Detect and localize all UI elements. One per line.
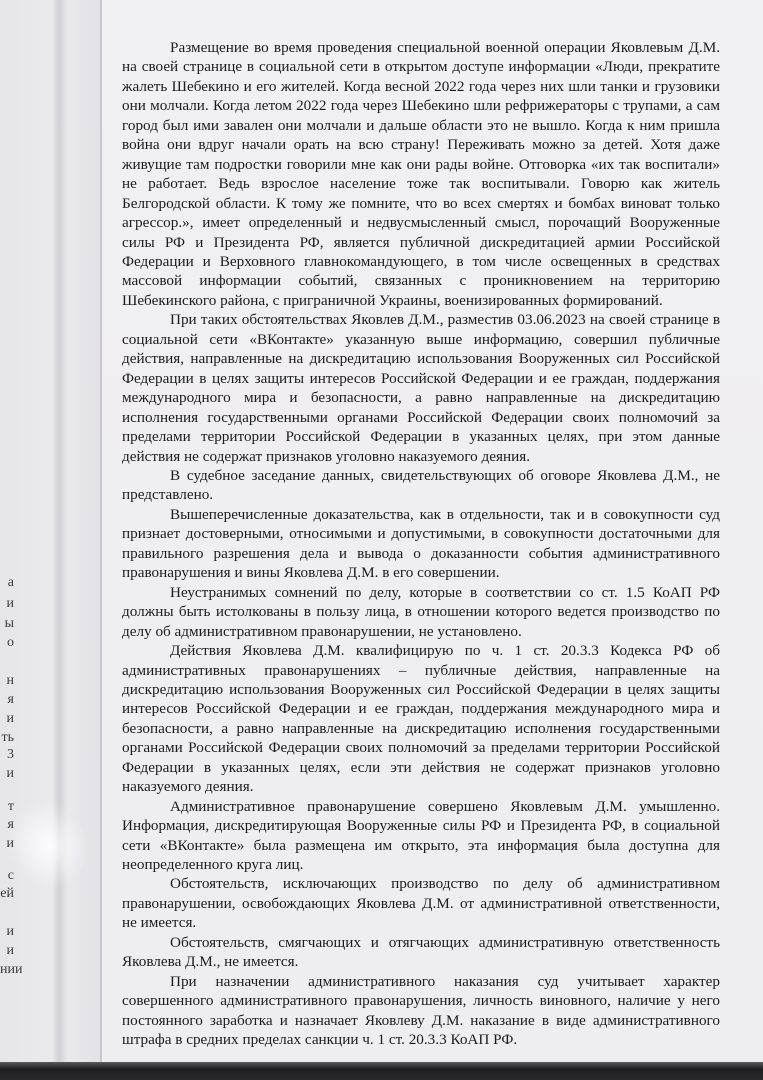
- paragraph-penalty: При назначении административного наказан…: [122, 972, 720, 1050]
- previous-page-edge: аиыоняить3итяисейиинии: [0, 0, 100, 1062]
- previous-page-text-fragment: ей: [0, 886, 14, 902]
- previous-page-text-fragment: я: [0, 817, 14, 833]
- paragraph-no-mitigating: Обстоятельств, смягчающих и отягчающих а…: [122, 933, 720, 972]
- paragraph-qualification: Действия Яковлева Д.М. квалифицирую по ч…: [122, 641, 720, 797]
- paragraph-circumstances: При таких обстоятельствах Яковлев Д.М., …: [122, 310, 720, 466]
- previous-page-text-fragment: 3: [0, 747, 14, 763]
- paragraph-evidence: Вышеперечисленные доказательства, как в …: [122, 505, 720, 583]
- page-edge-line: [100, 0, 102, 1062]
- previous-page-text-fragment: н: [0, 673, 14, 689]
- previous-page-text-fragment: и: [0, 766, 14, 782]
- previous-page-text-fragment: и: [0, 596, 14, 612]
- previous-page-text-fragment: и: [0, 924, 14, 940]
- previous-page-text-fragment: и: [0, 943, 14, 959]
- scanner-bottom-edge: [0, 1062, 763, 1080]
- previous-page-text-fragment: я: [0, 692, 14, 708]
- paragraph-intent: Административное правонарушение совершен…: [122, 797, 720, 875]
- previous-page-text-fragment: нии: [0, 962, 14, 978]
- previous-page-text-fragment: ть: [0, 730, 14, 746]
- document-body: Размещение во время проведения специальн…: [122, 38, 720, 1050]
- paragraph-post-quote: Размещение во время проведения специальн…: [122, 38, 720, 310]
- previous-page-text-fragment: и: [0, 711, 14, 727]
- paragraph-no-exclusions: Обстоятельств, исключающих производство …: [122, 874, 720, 932]
- paragraph-no-slander: В судебное заседание данных, свидетельст…: [122, 466, 720, 505]
- previous-page-text-fragment: ы: [0, 616, 14, 632]
- previous-page-text-fragment: и: [0, 836, 14, 852]
- previous-page-text-fragment: а: [0, 575, 14, 591]
- previous-page-text-fragment: т: [0, 799, 14, 815]
- page-fold-shadow: [52, 0, 68, 1062]
- previous-page-text-fragment: с: [0, 868, 14, 884]
- paragraph-doubts: Неустранимых сомнений по делу, которые в…: [122, 583, 720, 641]
- previous-page-text-fragment: о: [0, 635, 14, 651]
- scan-glare: [0, 786, 105, 904]
